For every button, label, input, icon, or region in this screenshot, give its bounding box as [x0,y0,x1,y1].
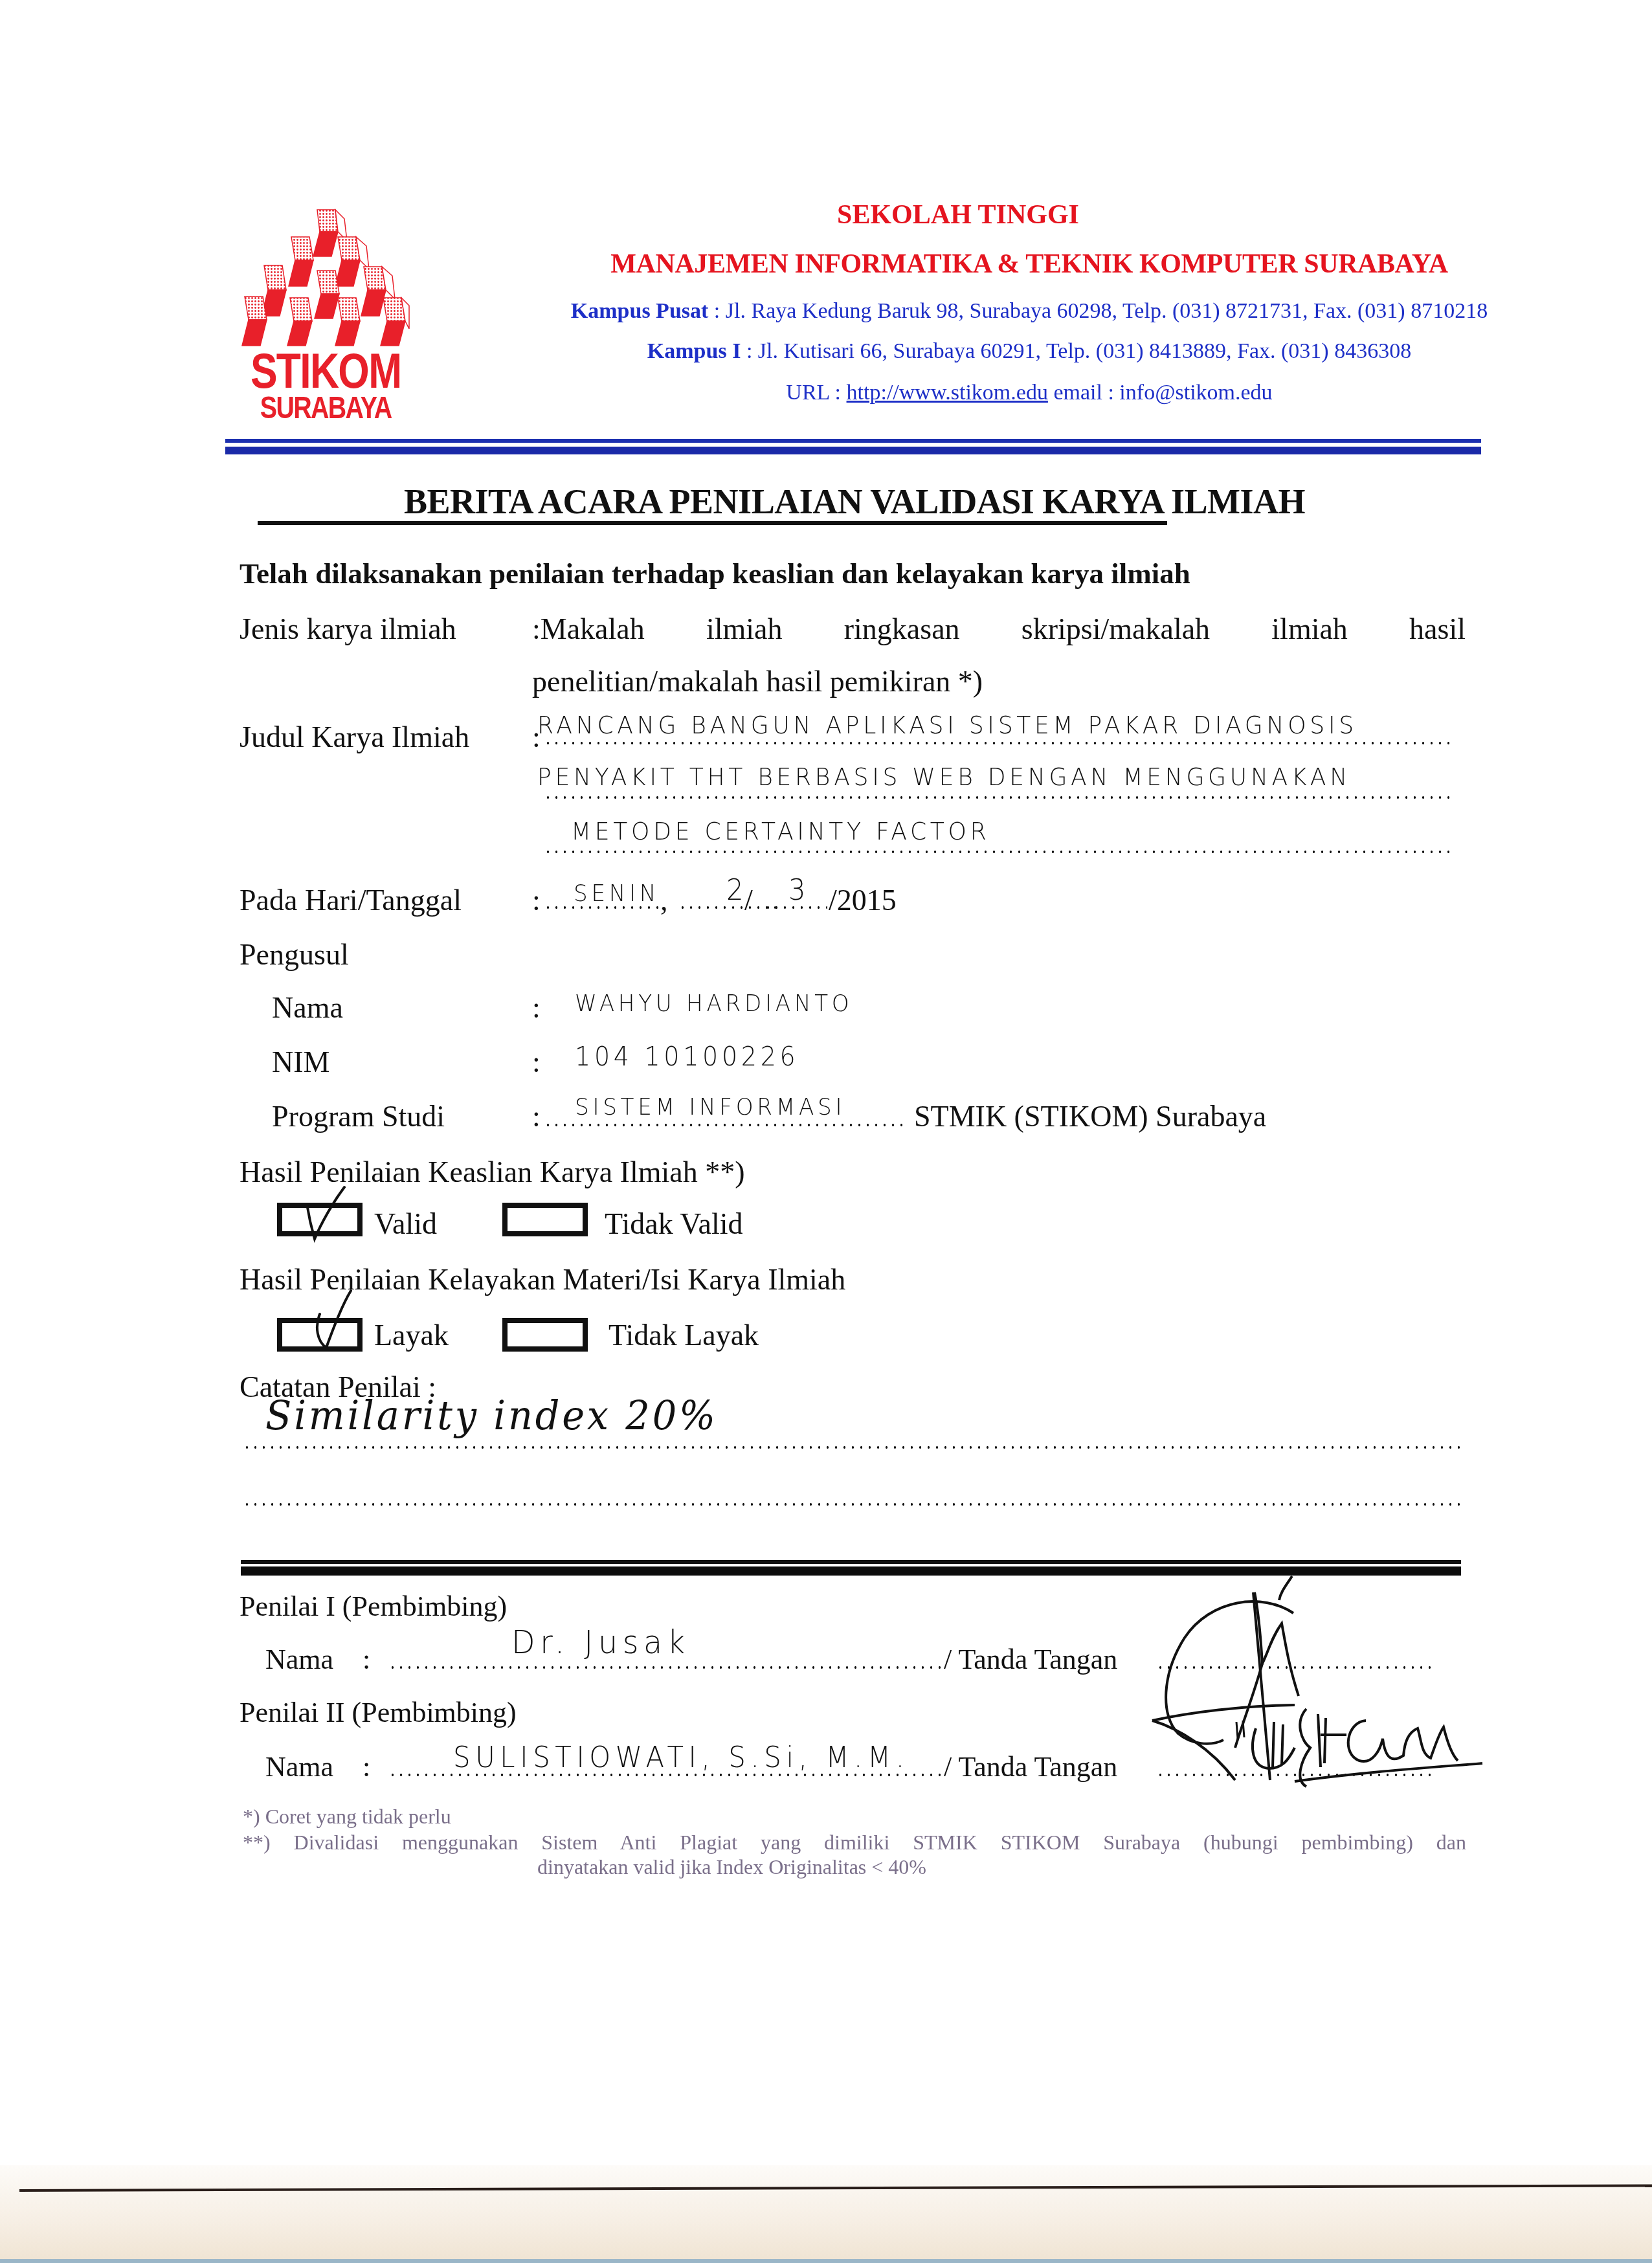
penilai-1-label: Penilai I (Pembimbing) [240,1590,507,1623]
option-tidak-layak[interactable] [502,1318,588,1352]
jenis-word: hasil [1409,612,1466,646]
prodi-label: Program Studi [272,1099,445,1133]
nama-pengusul-value[interactable]: WAHYU HARDIANTO [575,990,853,1017]
tanggal-year: /2015 [829,883,897,917]
penilai-1-nama-value[interactable]: Dr. Jusak [511,1623,690,1661]
tanggal-colon: : [532,883,541,917]
logo-text-stikom: STIKOM [241,347,410,396]
penilai-1-ttd-label: / Tanda Tangan [944,1643,1117,1676]
penilai-2-label: Penilai II (Pembimbing) [240,1696,517,1729]
penilai-1-nama-dots [388,1666,945,1669]
penilai-1-colon: : [363,1643,370,1676]
prodi-value[interactable]: SISTEM INFORMASI [575,1094,845,1120]
section-divider-thin [241,1560,1461,1564]
option-tidak-layak-label: Tidak Layak [608,1318,759,1352]
judul-line-3[interactable]: METODE CERTAINTY FACTOR [571,817,990,845]
footnote-1: *) Coret yang tidak perlu [243,1805,451,1829]
option-tidak-valid-label: Tidak Valid [605,1207,742,1241]
catatan-dotted-line-1 [243,1446,1466,1449]
footnote-2: **) Divalidasi menggunakan Sistem Anti P… [243,1831,1466,1855]
footnote-2-continued: dinyatakan valid jika Index Originalitas… [537,1855,926,1879]
institution-line-1: SEKOLAH TINGGI [822,199,1094,230]
judul-label: Judul Karya Ilmiah [240,720,469,754]
jenis-word: ilmiah [706,612,783,646]
website-link[interactable]: http://www.stikom.edu [847,381,1048,405]
judul-dotted-line-3 [544,851,1450,853]
tanggal-slash: / [744,883,753,917]
penilai-1-nama-label: Nama [265,1643,333,1676]
stacked-cubes-triangle-logo-icon [241,206,410,348]
document-title: BERITA ACARA PENILAIAN VALIDASI KARYA IL… [350,482,1359,522]
kampus-pusat-address: Kampus Pusat : Jl. Raya Kedung Baruk 98,… [453,299,1605,324]
judul-dotted-line-2 [544,796,1450,799]
catatan-dotted-line-2 [243,1503,1466,1506]
judul-line-2[interactable]: PENYAKIT THT BERBASIS WEB DENGAN MENGGUN… [537,763,1351,791]
penilai-2-nama-dots [388,1774,945,1776]
prodi-colon: : [532,1099,541,1133]
institution-line-2: MANAJEMEN INFORMATIKA & TEKNIK KOMPUTER … [453,249,1605,280]
intro-statement: Telah dilaksanakan penilaian terhadap ke… [240,557,1190,590]
title-underline [258,521,1167,525]
nim-label: NIM [272,1045,329,1079]
jenis-value: :Makalah ilmiah ringkasan skripsi/makala… [532,612,1466,646]
nama-pengusul-label: Nama [272,990,343,1025]
penilai-2-nama-value[interactable]: SULISTIOWATI, S.Si, M.M. [453,1741,910,1774]
tanggal-comma: , [660,883,668,917]
scan-border [0,2259,1652,2263]
kampus-pusat-text: : Jl. Raya Kedung Baruk 98, Surabaya 602… [708,299,1488,323]
jenis-word: ilmiah [1271,612,1348,646]
email-text: email : info@stikom.edu [1048,381,1273,405]
tanggal-day-dots [544,906,660,909]
judul-dotted-line-1 [544,742,1450,744]
nim-colon: : [532,1045,541,1079]
checkbox-tidak-layak[interactable] [502,1318,588,1352]
penilai-2-colon: : [363,1750,370,1783]
check-mark-icon [304,1185,350,1243]
stikom-logo: STIKOM SURABAYA [241,206,410,426]
kampus-pusat-label: Kampus Pusat [571,299,709,323]
url-label: URL : [786,381,846,405]
catatan-value[interactable]: Similarity index 20% [265,1392,718,1439]
option-layak-label: Layak [374,1318,449,1352]
prodi-dots [544,1124,906,1126]
logo-text-surabaya: SURABAYA [241,392,410,425]
nama-colon: : [532,990,541,1025]
jenis-word: ringkasan [844,612,960,646]
penilai-2-nama-label: Nama [265,1750,333,1783]
option-valid-label: Valid [374,1207,437,1241]
tanggal-day[interactable]: SENIN [574,880,660,907]
option-tidak-valid[interactable] [502,1203,588,1236]
pengusul-label: Pengusul [240,937,349,972]
kampus-1-address: Kampus I : Jl. Kutisari 66, Surabaya 602… [453,339,1605,364]
kampus-1-label: Kampus I [647,339,741,363]
contact-line: URL : http://www.stikom.edu email : info… [453,381,1605,405]
jenis-word: :Makalah [532,612,645,646]
signature-penilai-2-icon [1198,1696,1495,1793]
header-divider-thin [225,439,1481,443]
jenis-value-line-2: penelitian/makalah hasil pemikiran *) [532,664,983,698]
penilai-2-ttd-label: / Tanda Tangan [944,1750,1117,1783]
paper-stain [0,2165,1652,2263]
nim-value[interactable]: 104 10100226 [575,1042,799,1072]
tanggal-label: Pada Hari/Tanggal [240,883,462,917]
tanggal-date-month[interactable]: 3 [788,874,809,907]
judul-line-1[interactable]: RANCANG BANGUN APLIKASI SISTEM PAKAR DIA… [537,711,1357,739]
prodi-suffix: STMIK (STIKOM) Surabaya [914,1099,1266,1133]
header-divider-thick [225,447,1481,454]
checkbox-tidak-valid[interactable] [502,1203,588,1236]
kampus-1-text: : Jl. Kutisari 66, Surabaya 60291, Telp.… [741,339,1411,363]
tanggal-month-dots [764,906,827,909]
jenis-word: skripsi/makalah [1021,612,1210,646]
jenis-label: Jenis karya ilmiah [240,612,456,646]
tanggal-date-dots [678,906,776,909]
check-mark-icon [308,1288,353,1353]
